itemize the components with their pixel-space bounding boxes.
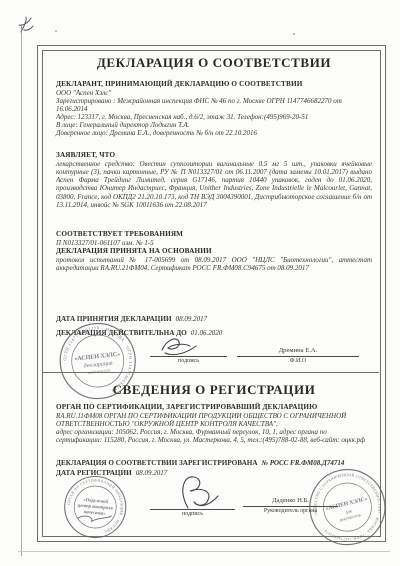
stamp-company: «АСПЕН ХЭЛС» bbox=[74, 352, 120, 363]
basis-value: протокол испытаний № 17-005699 от 08.09.… bbox=[56, 256, 372, 273]
registration-title: СВЕДЕНИЯ О РЕГИСТРАЦИИ bbox=[56, 382, 372, 398]
product-description: лекарственное средство: Овестин суппозит… bbox=[56, 160, 372, 210]
okck-stamp: ОРГАН ПО СЕРТИФИКАЦИИ ПРОДУКЦИИ · МОСКВА… bbox=[59, 471, 131, 547]
conforms-value: П N013327/01-061107 изм. № 1-5 bbox=[56, 239, 372, 247]
handwritten-mark bbox=[16, 12, 38, 36]
scan-speck bbox=[55, 30, 57, 32]
section-divider bbox=[43, 372, 379, 373]
signature-line bbox=[150, 356, 227, 357]
stamp-purpose-line2: документов bbox=[339, 512, 361, 522]
signature-caption: подпись bbox=[150, 358, 227, 364]
declaration-title: ДЕКЛАРАЦИЯ О СООТВЕТСТВИИ bbox=[56, 55, 372, 71]
declarant-authorized-person: Доверенное лицо: Дремина Е.А., доверенно… bbox=[56, 129, 372, 137]
name-caption: Ф.И.О bbox=[237, 358, 359, 364]
signature-caption-2: подпись bbox=[150, 511, 235, 517]
signatory-name: Дремина Е.А. bbox=[237, 347, 359, 354]
scan-edge-line bbox=[21, 24, 22, 556]
organ-name: RA.RU.11ФМ08 ОРГАН ПО СЕРТИФИКАЦИИ ПРОДУ… bbox=[56, 412, 372, 429]
declarant-registration: Зарегистрировано : Межрайонная инспекция… bbox=[56, 97, 372, 114]
declarant-heading: ДЕКЛАРАНТ, ПРИНИМАЮЩИЙ ДЕКЛАРАЦИЮ О СООТ… bbox=[56, 80, 372, 88]
basis-heading: ДЕКЛАРАЦИЯ ПРИНЯТА НА ОСНОВАНИИ bbox=[56, 247, 372, 255]
scanned-document-page: ДЕКЛАРАЦИЯ О СООТВЕТСТВИИ ДЕКЛАРАНТ, ПРИ… bbox=[0, 0, 400, 566]
organ-address: адрес организации: 105062, Россия, г. Мо… bbox=[56, 428, 372, 445]
scan-bottom-shadow bbox=[18, 551, 390, 552]
declares-heading: ЗАЯВЛЯЕТ, ЧТО bbox=[56, 151, 372, 159]
organ-heading: ОРГАН ПО СЕРТИФИКАЦИИ, ЗАРЕГИСТРИРОВАВШИ… bbox=[56, 403, 372, 411]
registration-date-value: 08.09.2017 bbox=[136, 469, 168, 477]
organ-head-signature bbox=[172, 470, 230, 512]
name-line bbox=[237, 356, 359, 357]
scan-speck bbox=[293, 33, 295, 35]
conforms-heading: СООТВЕТСТВУЕТ ТРЕБОВАНИЯМ bbox=[56, 230, 372, 238]
signature-line-2 bbox=[150, 509, 235, 510]
